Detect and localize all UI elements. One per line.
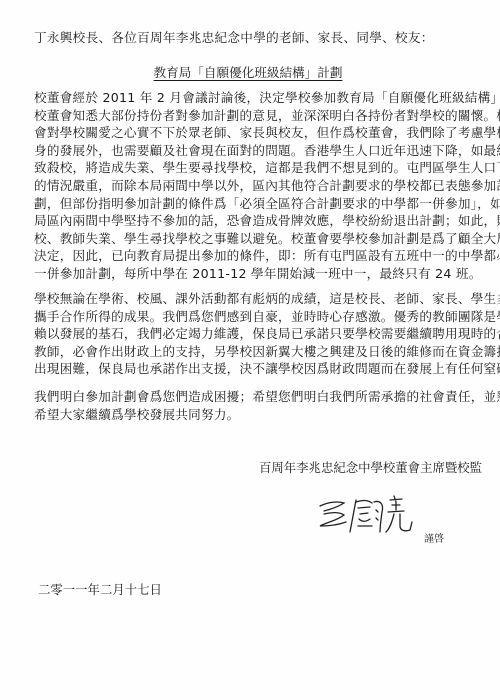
paragraph-3: 我們明白參加計劃會爲您們造成困擾；希望您們明白我們所需承擔的社會責任，並懇切 希… [34, 388, 464, 423]
signer-title: 百周年李兆忠紀念中學校董會主席暨校監 [259, 458, 482, 476]
letter-page: 丁永興校長、各位百周年李兆忠紀念中學的老師、家長、同學、校友： 教育局「自願優化… [0, 0, 500, 700]
paragraph-line: 會對學校關愛之心實不下於眾老師、家長與校友，但作爲校董會，我們除了考慮學校本 [34, 124, 464, 142]
paragraph-line: 希望大家繼續爲學校發展共同努力。 [34, 406, 464, 424]
paragraph-1: 校董會經於 2011 年 2 月會議討論後，決定學校參加教育局「自願優化班級結構… [34, 89, 464, 283]
paragraph-line: 我們明白參加計劃會爲您們造成困擾；希望您們明白我們所需承擔的社會責任，並懇切 [34, 388, 464, 406]
paragraph-line: 賴以發展的基石，我們必定竭力維護，保良局已承諾只要學校需要繼續聘用現時的合約 [34, 325, 464, 343]
paragraph-line: 劃，但部份指明參加計劃的條件爲「必須全區符合計劃要求的中學都一併參加」，如本 [34, 195, 464, 213]
paragraph-line: 出現困難，保良局也承諾作出支援，決不讓學校因爲財政問題而在發展上有任何窒礙。 [34, 360, 464, 378]
paragraph-line: 致殺校，將造成失業、學生要尋找學校，這都是我們不想見到的。屯門區學生人口下降 [34, 159, 464, 177]
paragraph-line: 教師，必會作出財政上的支持，另學校因新翼大樓之興建及日後的維修而在資金籌措上 [34, 343, 464, 361]
closing-respectfully: 謹啓 [424, 530, 444, 545]
paragraph-line: 學校無論在學術、校風、課外活動都有彪炳的成績，這是校長、老師、家長、學生多年 [34, 290, 464, 308]
paragraph-line: 決定，因此，已向教育局提出參加的條件，即：所有屯門區設有五班中一的中學都必須 [34, 247, 464, 265]
letter-title: 教育局「自願優化班級結構」計劃 [0, 62, 500, 81]
paragraph-line: 校董會知悉大部份持份者對參加計劃的意見，並深深明白各持份者對學校的關懷。校董 [34, 107, 464, 125]
paragraph-line: 校、教師失業、學生尋找學校之事難以避免。校董會要學校參加計劃是爲了顧全大局的 [34, 230, 464, 248]
letter-title-text: 教育局「自願優化班級結構」計劃 [154, 65, 343, 80]
handwritten-signature-icon [314, 492, 424, 542]
paragraph-line: 身的發展外，也需要顧及社會現在面對的問題。香港學生人口近年迅速下降，如最終導 [34, 142, 464, 160]
letter-date: 二零一一年二月十七日 [38, 580, 162, 598]
paragraph-line: 的情況嚴重，而除本局兩間中學以外，區內其他符合計劃要求的學校都已表態參加計 [34, 177, 464, 195]
paragraph-line: 校董會經於 2011 年 2 月會議討論後，決定學校參加教育局「自願優化班級結構… [34, 89, 464, 107]
paragraph-line: 攜手合作所得的成果。我們爲您們感到自豪，並時時心存感激。優秀的教師團隊是學校 [34, 308, 464, 326]
paragraph-line: 局區內兩間中學堅持不參加的話，恐會造成骨牌效應，學校紛紛退出計劃；如此，則殺 [34, 212, 464, 230]
paragraph-2: 學校無論在學術、校風、課外活動都有彪炳的成績，這是校長、老師、家長、學生多年 攜… [34, 290, 464, 378]
salutation: 丁永興校長、各位百周年李兆忠紀念中學的老師、家長、同學、校友： [34, 27, 434, 46]
paragraph-line: 一併參加計劃，每所中學在 2011-12 學年開始減一班中一，最終只有 24 班… [34, 265, 464, 283]
